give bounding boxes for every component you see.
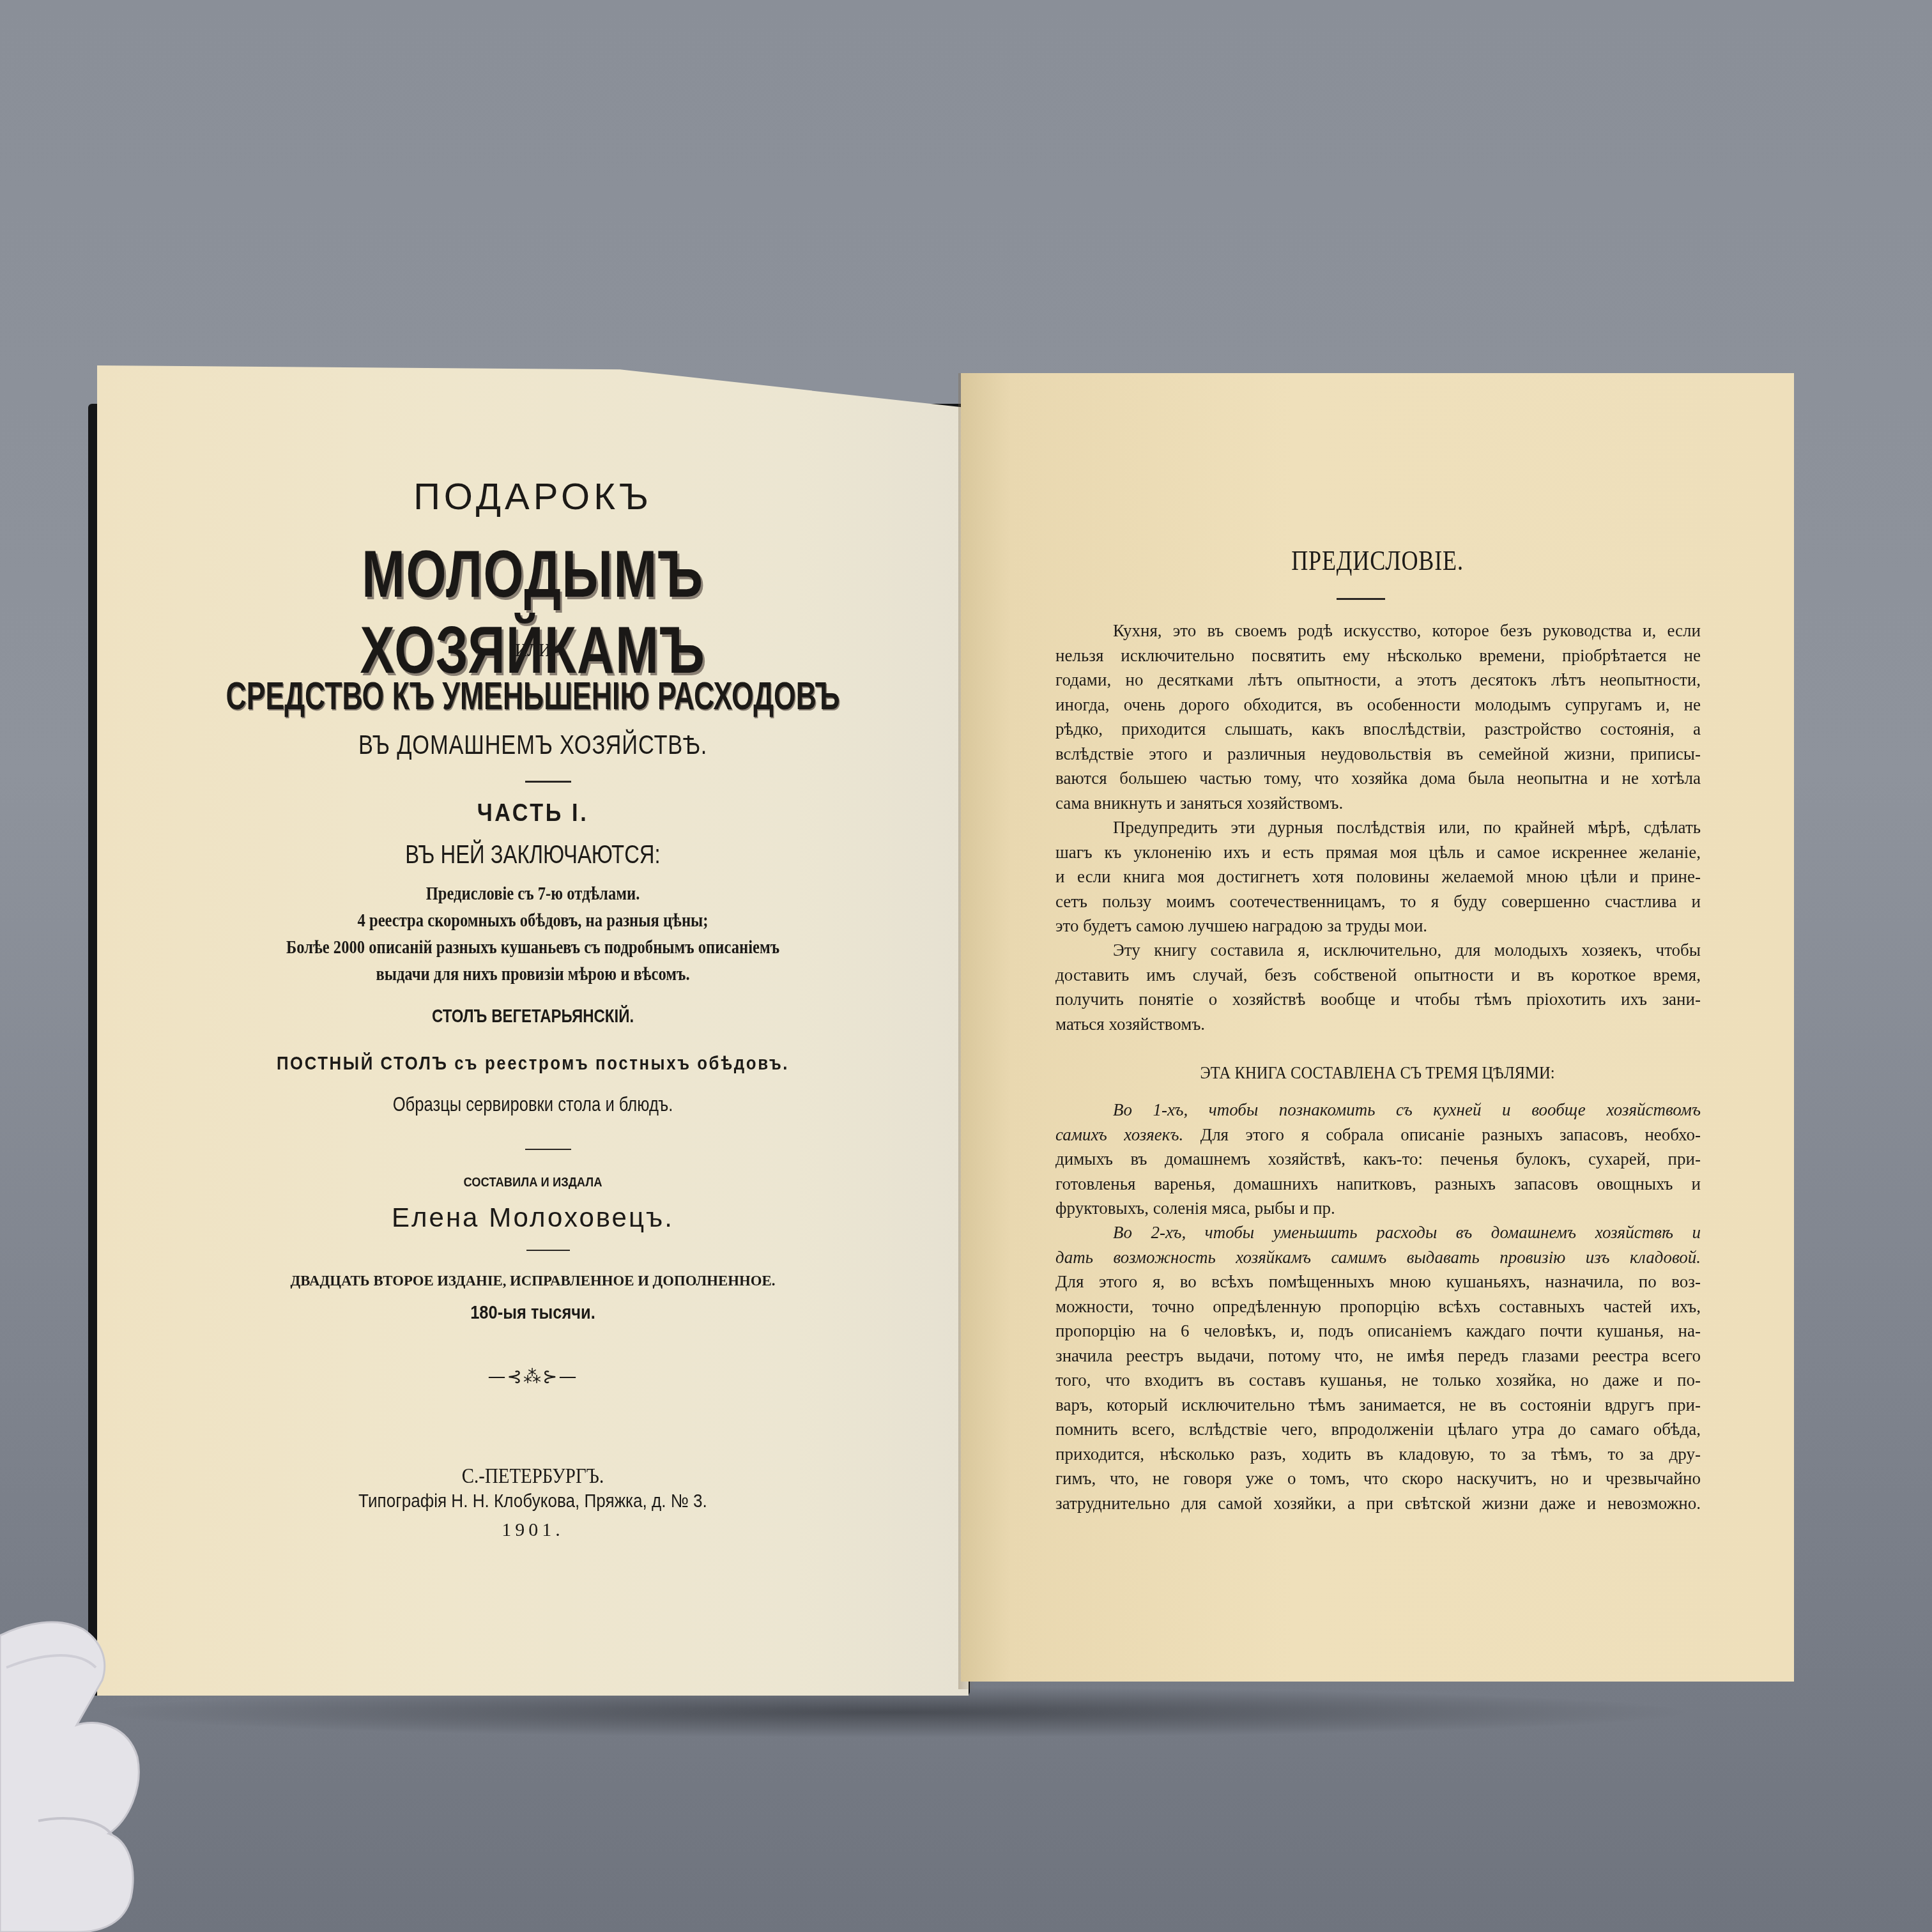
contents-line: Предисловіе съ 7-ю отдѣлами. — [176, 883, 890, 905]
contents-line: выдачи для нихъ провизіи мѣрою и вѣсомъ. — [176, 963, 890, 985]
publication-year: 1901. — [97, 1519, 969, 1541]
author-name: Елена Молоховецъ. — [97, 1202, 969, 1233]
three-goals-heading: ЭТА КНИГА СОСТАВЛЕНА СЪ ТРЕМЯ ЦѢЛЯМИ: — [1011, 1063, 1744, 1084]
contains-heading: ВЪ НЕЙ ЗАКЛЮЧАЮТСЯ: — [176, 841, 890, 870]
preface-paragraph-2: Предупредить эти дурныя послѣдствія или,… — [1055, 815, 1701, 939]
part-label: ЧАСТЬ I. — [141, 800, 925, 827]
lenten-table: ПОСТНЫЙ СТОЛЪ съ реестромъ постныхъ обѣд… — [158, 1053, 907, 1075]
vegetarian-table: СТОЛЪ ВЕГЕТАРЬЯНСКІЙ. — [184, 1006, 881, 1027]
serving-samples: Образцы сервировки стола и блюдъ. — [184, 1092, 881, 1116]
preface-title: ПРЕДИСЛОВІЕ. — [1036, 544, 1719, 577]
divider-rule — [525, 1149, 571, 1150]
goal-1-paragraph: Во 1-хъ, чтобы познакомить съ кухней и в… — [1055, 1098, 1701, 1221]
compiled-by: СОСТАВИЛА И ИЗДАЛА — [132, 1176, 934, 1190]
divider-rule — [525, 781, 571, 783]
title-or: или — [162, 632, 903, 663]
contents-line: Болѣе 2000 описаній разныхъ кушаньевъ съ… — [176, 937, 890, 958]
title-young-housewives: МОЛОДЫМЪ ХОЗЯЙКАМЪ — [193, 537, 873, 689]
white-glove-hand — [0, 1610, 211, 1932]
goal-2-paragraph: Во 2-хъ, чтобы уменьшить расходы въ дома… — [1055, 1220, 1701, 1515]
title-household: ВЪ ДОМАШНЕМЪ ХОЗЯЙСТВѢ. — [176, 730, 890, 760]
edition-note: ДВАДЦАТЬ ВТОРОЕ ИЗДАНІЕ, ИСПРАВЛЕННОЕ И … — [119, 1273, 947, 1290]
title-means: СРЕДСТВО КЪ УМЕНЬШЕНІЮ РАСХОДОВЪ — [219, 673, 847, 719]
preface-paragraph-1: Кухня, это въ своемъ родѣ искусство, кот… — [1055, 618, 1701, 815]
divider-rule — [1337, 598, 1385, 600]
publication-city: С.-ПЕТЕРБУРГЪ. — [162, 1464, 903, 1489]
preface-paragraph-3: Эту книгу составила я, исключительно, дл… — [1055, 938, 1701, 1036]
contents-line: 4 реестра скоромныхъ обѣдовъ, на разныя … — [176, 910, 890, 931]
divider-rule — [526, 1250, 570, 1251]
preface-page[interactable]: ПРЕДИСЛОВІЕ. Кухня, это въ своемъ родѣ и… — [961, 373, 1794, 1682]
title-page[interactable]: ПОДАРОКЪ МОЛОДЫМЪ ХОЗЯЙКАМЪ или СРЕДСТВО… — [97, 365, 969, 1696]
title-gift: ПОДАРОКЪ — [97, 475, 969, 518]
printing-house: Типографія Н. Н. Клобукова, Пряжка, д. №… — [141, 1491, 925, 1512]
ornament-divider-icon: —⊰⁂⊱— — [97, 1366, 969, 1387]
print-run: 180-ыя тысячи. — [162, 1302, 903, 1324]
